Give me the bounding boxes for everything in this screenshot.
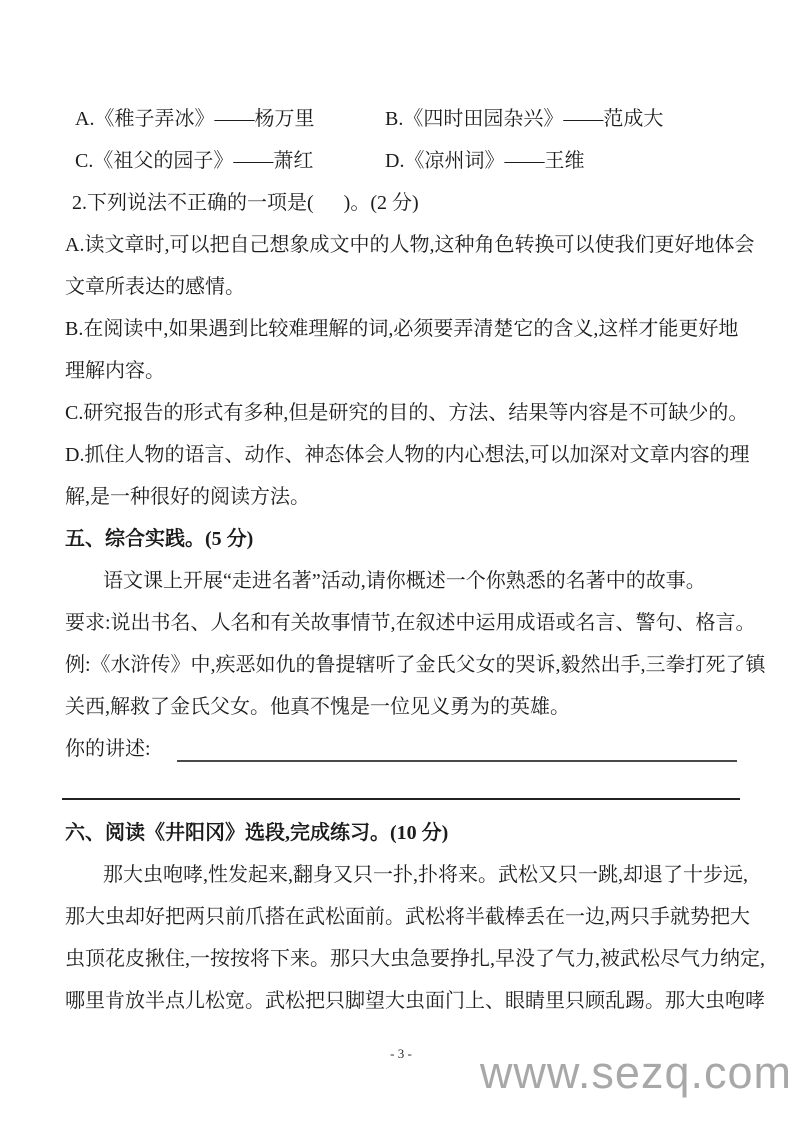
section6-passage-line2: 那大虫却好把两只前爪搭在武松面前。武松将半截棒丢在一边,两只手就势把大 <box>65 896 737 938</box>
answer-row: 你的讲述: <box>65 728 737 770</box>
match-options-row-1: A.《稚子弄冰》——杨万里 B.《四时田园杂兴》——范成大 <box>65 98 737 140</box>
section6-passage-line3: 虫顶花皮揪住,一按按将下来。那只大虫急要挣扎,早没了气力,被武松尽气力纳定, <box>65 938 737 980</box>
question2-option-b-line2: 理解内容。 <box>65 350 737 392</box>
section-divider <box>62 798 740 800</box>
match-option-c: C.《祖父的园子》——萧红 <box>65 140 385 182</box>
match-option-b: B.《四时田园杂兴》——范成大 <box>385 98 737 140</box>
question2-option-a-line2: 文章所表达的感情。 <box>65 266 737 308</box>
section6-heading: 六、阅读《井阳冈》选段,完成练习。(10 分) <box>65 812 737 854</box>
answer-label: 你的讲述: <box>65 728 151 770</box>
question2-option-d-line1: D.抓住人物的语言、动作、神态体会人物的内心想法,可以加深对文章内容的理 <box>65 434 737 476</box>
question2-option-d-line2: 解,是一种很好的阅读方法。 <box>65 476 737 518</box>
match-option-a: A.《稚子弄冰》——杨万里 <box>65 98 385 140</box>
answer-blank-line <box>177 760 737 762</box>
exam-paper-page: A.《稚子弄冰》——杨万里 B.《四时田园杂兴》——范成大 C.《祖父的园子》—… <box>0 0 800 1132</box>
section6-passage-line4: 哪里肯放半点儿松宽。武松把只脚望大虫面门上、眼睛里只顾乱踢。那大虫咆哮 <box>65 980 737 1022</box>
match-options-row-2: C.《祖父的园子》——萧红 D.《凉州词》——王维 <box>65 140 737 182</box>
question2-option-a-line1: A.读文章时,可以把自己想象成文中的人物,这种角色转换可以使我们更好地体会 <box>65 224 737 266</box>
section5-heading: 五、综合实践。(5 分) <box>65 518 737 560</box>
match-option-d: D.《凉州词》——王维 <box>385 140 737 182</box>
question2-option-c-line1: C.研究报告的形式有多种,但是研究的目的、方法、结果等内容是不可缺少的。 <box>65 392 737 434</box>
section5-intro: 语文课上开展“走进名著”活动,请你概述一个你熟悉的名著中的故事。 <box>65 560 737 602</box>
section5-example-line1: 例:《水浒传》中,疾恶如仇的鲁提辖听了金氏父女的哭诉,毅然出手,三拳打死了镇 <box>65 644 737 686</box>
page-content: A.《稚子弄冰》——杨万里 B.《四时田园杂兴》——范成大 C.《祖父的园子》—… <box>65 98 737 1022</box>
question2-stem: 2.下列说法不正确的一项是( )。(2 分) <box>65 182 737 224</box>
section-divider-row <box>65 770 737 812</box>
question2-option-b-line1: B.在阅读中,如果遇到比较难理解的词,必须要弄清楚它的含义,这样才能更好地 <box>65 308 737 350</box>
section5-requirement: 要求:说出书名、人名和有关故事情节,在叙述中运用成语或名言、警句、格言。 <box>65 602 737 644</box>
watermark: www.sezq.com <box>480 1048 792 1098</box>
section6-passage-line1: 那大虫咆哮,性发起来,翻身又只一扑,扑将来。武松又只一跳,却退了十步远, <box>65 854 737 896</box>
section5-example-line2: 关西,解救了金氏父女。他真不愧是一位见义勇为的英雄。 <box>65 686 737 728</box>
